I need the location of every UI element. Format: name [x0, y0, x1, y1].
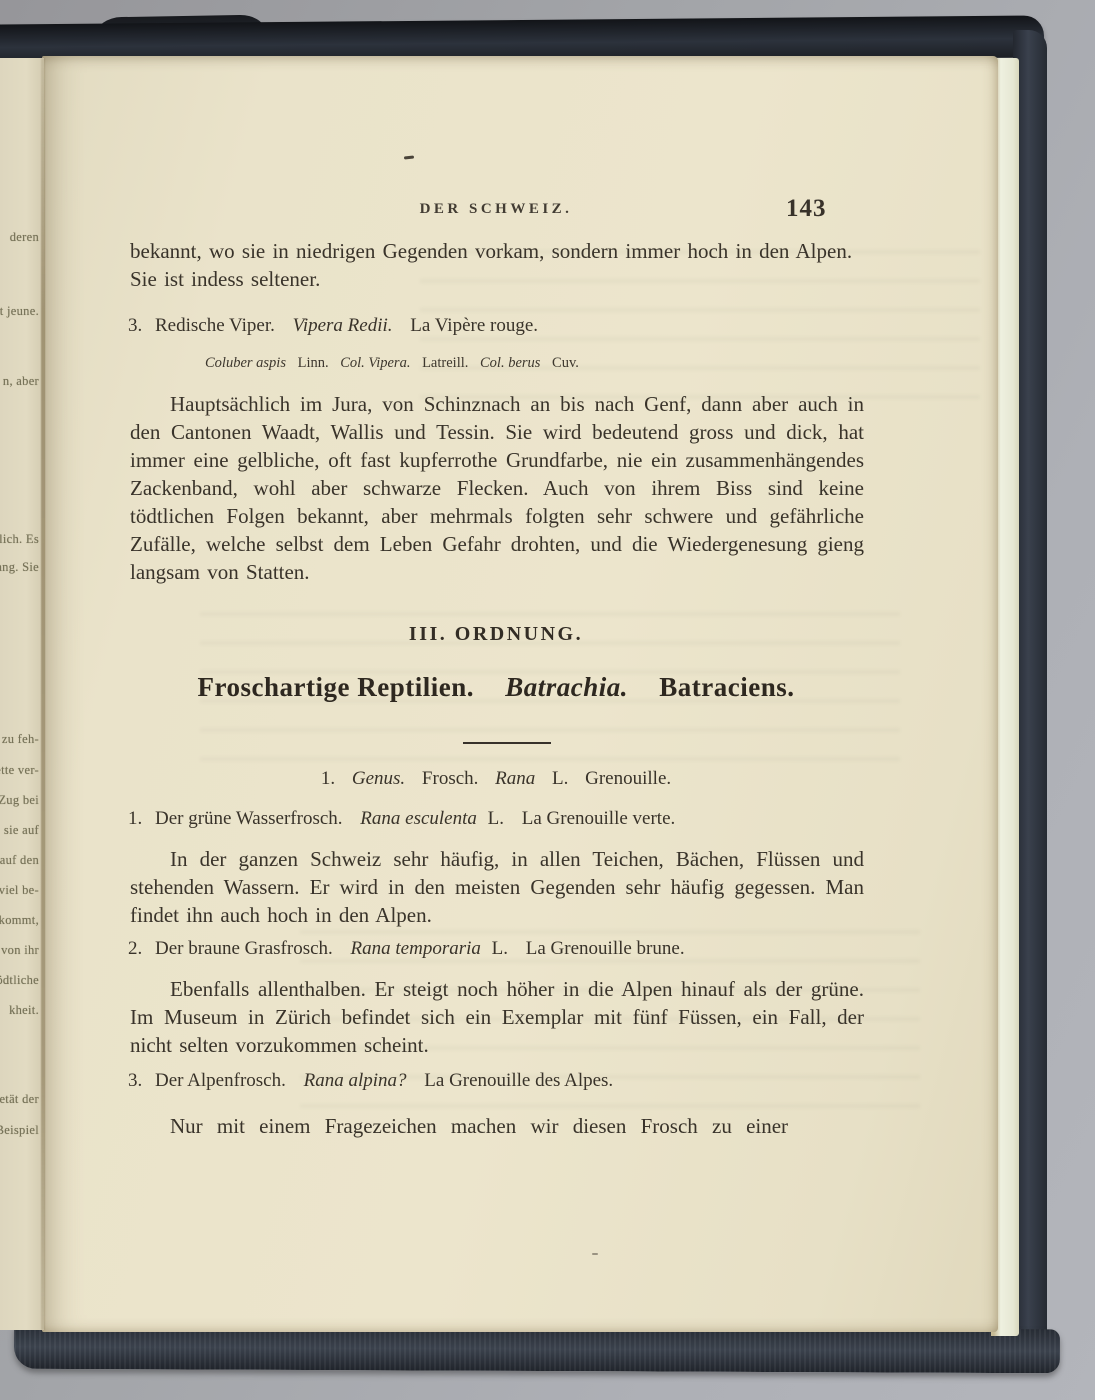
- section-title-german: Froschartige Reptilien.: [198, 672, 474, 702]
- species-number: 3.: [128, 315, 142, 336]
- photo-background: deren et jeune. n, aber lich. Es ang. Si…: [0, 0, 1095, 1400]
- section-title-latin: Batrachia.: [505, 672, 628, 702]
- species-name-french: La Grenouille brune.: [526, 938, 685, 959]
- page-header: DER SCHWEIZ. 143: [130, 201, 862, 233]
- genus-authority: L.: [552, 768, 568, 789]
- genus-french: Grenouille.: [585, 768, 671, 789]
- species-name-latin: Rana temporaria: [351, 938, 481, 959]
- synonymy-line: Coluber aspis Linn. Col. Vipera. Latreil…: [205, 355, 865, 372]
- synonym-latin: Coluber aspis: [205, 355, 286, 371]
- section-title-french: Batraciens.: [659, 672, 794, 702]
- species-name-german: Der braune Grasfrosch.: [155, 938, 333, 959]
- order-heading: III. ORDNUNG.: [130, 623, 862, 646]
- running-title: DER SCHWEIZ.: [130, 201, 862, 218]
- species-name-german: Der Alpenfrosch.: [155, 1070, 286, 1091]
- species-heading-frog1: 1. Der grüne Wasserfrosch. Rana esculent…: [128, 808, 864, 830]
- species-name-french: La Grenouille verte.: [522, 808, 676, 829]
- species-name-latin: Rana esculenta: [360, 808, 477, 829]
- species-heading-viper: 3. Redische Viper. Vipera Redii. La Vipè…: [128, 315, 864, 337]
- species-heading-frog3: 3. Der Alpenfrosch. Rana alpina? La Gren…: [128, 1070, 864, 1092]
- synonym-latin: Col. Vipera.: [340, 355, 410, 371]
- synonym-authority: Cuv.: [552, 355, 579, 371]
- section-title: Froschartige Reptilien. Batrachia. Batra…: [130, 672, 862, 703]
- page-text: DER SCHWEIZ. 143 bekannt, wo sie in nied…: [0, 0, 1095, 1400]
- synonym-authority: Latreill.: [422, 355, 468, 371]
- genus-german: Frosch.: [422, 768, 478, 789]
- divider-rule: [463, 742, 551, 744]
- genus-number: 1.: [321, 768, 335, 789]
- species-name-latin: Vipera Redii.: [293, 315, 393, 336]
- species-name-german: Redische Viper.: [155, 315, 275, 336]
- species-number: 3.: [128, 1070, 142, 1091]
- species-name-french: La Vipère rouge.: [410, 315, 538, 336]
- synonym-authority: Linn.: [298, 355, 329, 371]
- synonym-latin: Col. berus: [480, 355, 540, 371]
- species-heading-frog2: 2. Der braune Grasfrosch. Rana temporari…: [128, 938, 864, 960]
- species-authority: L.: [492, 938, 508, 959]
- genus-heading: 1. Genus. Frosch. Rana L. Grenouille.: [130, 768, 862, 790]
- species-number: 2.: [128, 938, 142, 959]
- paragraph-frog3-description: Nur mit einem Fragezeichen machen wir di…: [130, 1112, 864, 1140]
- species-authority: L.: [488, 808, 504, 829]
- paragraph-frog2-description: Ebenfalls allenthalben. Er steigt noch h…: [130, 975, 864, 1059]
- species-number: 1.: [128, 808, 142, 829]
- page-number: 143: [786, 195, 827, 223]
- species-name-german: Der grüne Wasserfrosch.: [155, 808, 343, 829]
- species-name-french: La Grenouille des Alpes.: [424, 1070, 613, 1091]
- paragraph-viper-description: Hauptsächlich im Jura, von Schinznach an…: [130, 390, 864, 586]
- paragraph-frog1-description: In der ganzen Schweiz sehr häufig, in al…: [130, 845, 864, 929]
- species-name-latin: Rana alpina?: [304, 1070, 407, 1091]
- genus-label: Genus.: [352, 768, 405, 789]
- genus-latin: Rana: [495, 768, 535, 789]
- paragraph-continuation: bekannt, wo sie in niedrigen Gegenden vo…: [130, 237, 864, 293]
